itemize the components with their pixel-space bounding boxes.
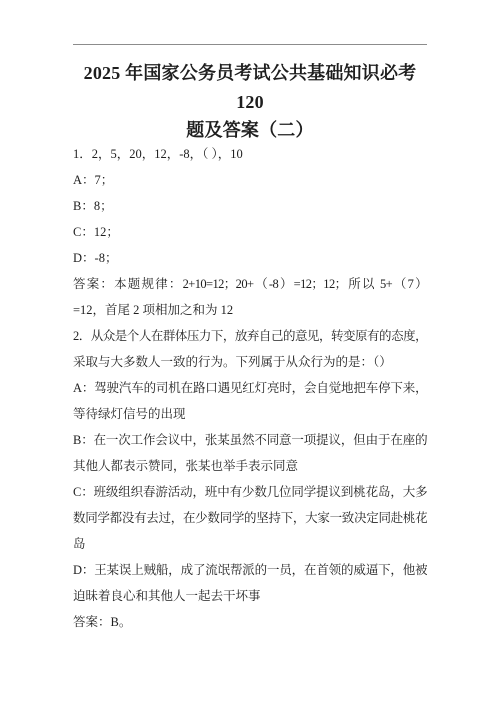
q2-option-c-line-2: 数同学都没有去过，在少数同学的坚持下，大家一致决定同赴桃花 [73,505,427,531]
q1-option-d: D：-8； [73,245,427,271]
q2-option-b-line-2: 其他人都表示赞同，张某也举手表示同意 [73,453,427,479]
q1-option-a: A：7； [73,167,427,193]
q1-option-b: B：8； [73,193,427,219]
q2-option-c-line-1: C：班级组织春游活动，班中有少数几位同学提议到桃花岛，大多 [73,479,427,505]
q2-option-c-line-3: 岛 [73,531,427,557]
q1-option-c: C：12； [73,219,427,245]
q2-option-d-line-2: 迫昧着良心和其他人一起去干坏事 [73,583,427,609]
q2-option-d-line-1: D：王某误上贼船，成了流氓帮派的一员，在首领的威逼下，他被 [73,557,427,583]
page-title-line-1: 2025 年国家公务员考试公共基础知识必考 120 [73,59,427,116]
q2-stem-line-2: 采取与大多数人一致的行为。下列属于从众行为的是：（） [73,349,427,375]
q1-number-sequence: 1．2，5，20，12，-8，（ ），10 [73,141,427,167]
page-title: 2025 年国家公务员考试公共基础知识必考 120 题及答案（二） [73,59,427,145]
q1-answer-line-2: =12，首尾 2 项相加之和为 12 [73,297,427,323]
document-page: 2025 年国家公务员考试公共基础知识必考 120 题及答案（二） 1．2，5，… [0,0,500,707]
q2-option-a-line-2: 等待绿灯信号的出现 [73,401,427,427]
title-separator-line [73,44,427,45]
document-body: 1．2，5，20，12，-8，（ ），10 A：7； B：8； C：12； D：… [73,141,427,635]
q2-option-a-line-1: A：驾驶汽车的司机在路口遇见红灯亮时，会自觉地把车停下来， [73,375,427,401]
q2-answer: 答案：B。 [73,609,427,635]
q1-answer-line-1: 答案：本题规律：2+10=12；20+（-8）=12；12；所以 5+（7） [73,271,427,297]
q2-option-b-line-1: B：在一次工作会议中，张某虽然不同意一项提议，但由于在座的 [73,427,427,453]
q2-stem-line-1: 2．从众是个人在群体压力下，放弃自己的意见，转变原有的态度， [73,323,427,349]
